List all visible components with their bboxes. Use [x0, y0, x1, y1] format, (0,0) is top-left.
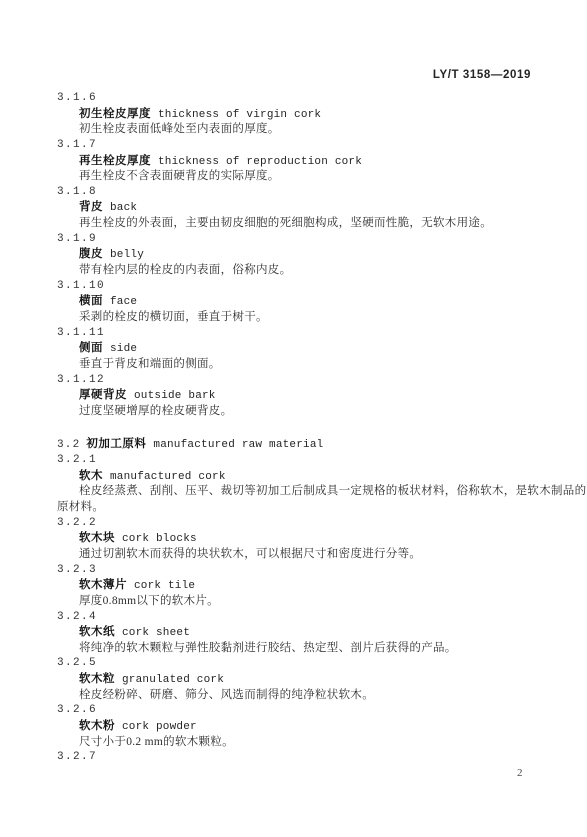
term-line: 背皮back — [57, 200, 535, 216]
term-english: cork sheet — [122, 627, 190, 639]
section-heading: 3.2初加工原料manufactured raw material — [57, 437, 535, 453]
definition-line: 将纯净的软木颗粒与弹性胶黏剂进行胶结、热定型、剖片后获得的产品。 — [57, 641, 535, 657]
section-number: 3.2.6 — [57, 703, 535, 719]
term-chinese: 背皮 — [79, 201, 103, 213]
term-english: cork blocks — [122, 533, 197, 545]
definition-line: 栓皮经粉碎、研磨、筛分、风选而制得的纯净粒状软木。 — [57, 688, 535, 704]
term-english: thickness of virgin cork — [158, 109, 321, 121]
section-number: 3.2.3 — [57, 563, 535, 579]
term-chinese: 再生栓皮厚度 — [79, 155, 151, 167]
term-line: 软木薄片cork tile — [57, 578, 535, 594]
section-number: 3.1.12 — [57, 373, 535, 389]
term-chinese: 厚硬背皮 — [79, 389, 127, 401]
section-number: 3.1.10 — [57, 279, 535, 295]
term-chinese: 软木粒 — [79, 673, 115, 685]
term-line: 软木manufactured cork — [57, 469, 535, 485]
heading-english: manufactured raw material — [153, 439, 323, 451]
term-english: side — [110, 343, 137, 355]
section-number: 3.2.4 — [57, 610, 535, 626]
document-body: 3.1.6初生栓皮厚度thickness of virgin cork初生栓皮表… — [57, 91, 535, 766]
document-page: LY/T 3158—2019 3.1.6初生栓皮厚度thickness of v… — [0, 0, 587, 837]
term-english: cork tile — [134, 580, 195, 592]
term-line: 软木粉cork powder — [57, 719, 535, 735]
definition-line: 厚度0.8mm以下的软木片。 — [57, 594, 535, 610]
term-line: 横面face — [57, 294, 535, 310]
section-number: 3.2.5 — [57, 656, 535, 672]
definition-line: 再生栓皮的外表面，主要由韧皮细胞的死细胞构成，坚硬而性脆，无软木用途。 — [57, 216, 535, 232]
term-line: 侧面side — [57, 341, 535, 357]
section-number: 3.1.11 — [57, 326, 535, 342]
term-chinese: 初生栓皮厚度 — [79, 108, 151, 120]
term-chinese: 软木 — [79, 470, 103, 482]
term-line: 软木块cork blocks — [57, 531, 535, 547]
term-line: 腹皮belly — [57, 247, 535, 263]
section-number: 3.1.9 — [57, 232, 535, 248]
section-number: 3.2.2 — [57, 516, 535, 532]
term-english: granulated cork — [122, 674, 224, 686]
standard-code-header: LY/T 3158—2019 — [433, 69, 531, 81]
definition-line: 初生栓皮表面低峰处至内表面的厚度。 — [57, 122, 535, 138]
definition-line: 栓皮经蒸煮、刮削、压平、裁切等初加工后制成具一定规格的板状材料，俗称软木，是软木… — [57, 484, 535, 500]
definition-line: 采剥的栓皮的横切面，垂直于树干。 — [57, 310, 535, 326]
definition-continuation: 原材料。 — [57, 500, 535, 516]
heading-chinese: 初加工原料 — [86, 438, 146, 450]
page-number: 2 — [517, 767, 523, 779]
term-chinese: 软木块 — [79, 532, 115, 544]
section-number: 3.2.1 — [57, 453, 535, 469]
term-line: 软木粒granulated cork — [57, 672, 535, 688]
section-number: 3.2.7 — [57, 750, 535, 766]
term-english: cork powder — [122, 721, 197, 733]
term-chinese: 侧面 — [79, 342, 103, 354]
term-english: face — [110, 296, 137, 308]
definition-line: 带有栓内层的栓皮的内表面，俗称内皮。 — [57, 263, 535, 279]
section-number: 3.1.7 — [57, 138, 535, 154]
definition-line: 通过切割软木而获得的块状软木，可以根据尺寸和密度进行分等。 — [57, 547, 535, 563]
term-line: 软木纸cork sheet — [57, 625, 535, 641]
definition-line: 再生栓皮不含表面硬背皮的实际厚度。 — [57, 169, 535, 185]
term-line: 再生栓皮厚度thickness of reproduction cork — [57, 154, 535, 170]
section-number: 3.1.8 — [57, 185, 535, 201]
heading-number: 3.2 — [57, 439, 80, 451]
term-chinese: 软木粉 — [79, 720, 115, 732]
term-chinese: 腹皮 — [79, 248, 103, 260]
blank-line-spacer — [57, 419, 535, 437]
term-english: back — [110, 202, 137, 214]
term-english: belly — [110, 249, 144, 261]
term-english: thickness of reproduction cork — [158, 156, 362, 168]
term-chinese: 软木薄片 — [79, 579, 127, 591]
definition-line: 尺寸小于0.2 mm的软木颗粒。 — [57, 735, 535, 751]
term-line: 厚硬背皮outside bark — [57, 388, 535, 404]
term-chinese: 横面 — [79, 295, 103, 307]
term-english: outside bark — [134, 390, 216, 402]
definition-line: 过度坚硬增厚的栓皮硬背皮。 — [57, 404, 535, 420]
term-line: 初生栓皮厚度thickness of virgin cork — [57, 107, 535, 123]
definition-line: 垂直于背皮和端面的侧面。 — [57, 357, 535, 373]
term-english: manufactured cork — [110, 471, 226, 483]
term-chinese: 软木纸 — [79, 626, 115, 638]
section-number: 3.1.6 — [57, 91, 535, 107]
